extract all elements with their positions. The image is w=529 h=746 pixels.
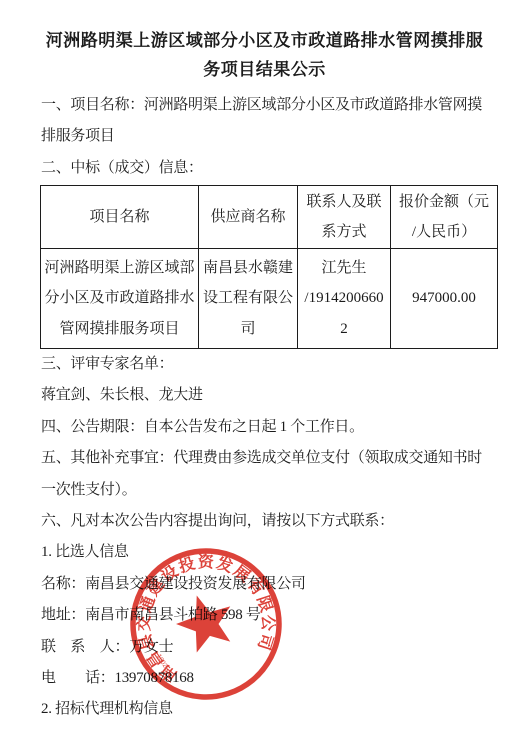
header-project-name: 项目名称 — [41, 186, 199, 249]
doc-line: 排服务项目 — [41, 121, 503, 152]
doc-line: 2. 招标代理机构信息 — [41, 694, 503, 725]
doc-line: 1. 比选人信息 — [41, 537, 503, 568]
header-supplier-name: 供应商名称 — [199, 186, 298, 249]
doc-line: 一、项目名称：河洲路明渠上游区域部分小区及市政道路排水管网摸 — [41, 90, 503, 121]
title-line-2: 务项目结果公示 — [0, 55, 529, 84]
section-project-name: 一、项目名称：河洲路明渠上游区域部分小区及市政道路排水管网摸 排服务项目 二、中… — [41, 90, 503, 184]
header-contact: 联系人及联 系方式 — [298, 186, 391, 249]
award-info-table: 项目名称 供应商名称 联系人及联 系方式 报价金额（元 /人民币） 河洲路明渠上… — [40, 185, 498, 349]
doc-line: 五、其他补充事宜：代理费由参选成交单位支付（领取成交通知书时 — [41, 443, 503, 474]
table-row: 河洲路明渠上游区域部 分小区及市政道路排水 管网摸排服务项目 南昌县水赣建 设工… — [41, 249, 498, 349]
cell-contact: 江先生 /1914200660 2 — [298, 249, 391, 349]
title-line-1: 河洲路明渠上游区域部分小区及市政道路排水管网摸排服 — [0, 26, 529, 55]
doc-line: 一次性支付）。 — [41, 475, 503, 506]
doc-line: 三、评审专家名单： — [41, 349, 503, 380]
doc-line: 四、公告期限：自本公告发布之日起 1 个工作日。 — [41, 412, 503, 443]
doc-line: 二、中标（成交）信息： — [41, 153, 503, 184]
cell-quote-amount: 947000.00 — [391, 249, 498, 349]
doc-line: 六、凡对本次公告内容提出询问，请按以下方式联系： — [41, 506, 503, 537]
sections-after-table: 三、评审专家名单： 蒋宜剑、朱长根、龙大进 四、公告期限：自本公告发布之日起 1… — [41, 349, 503, 726]
cell-supplier-name: 南昌县水赣建 设工程有限公 司 — [199, 249, 298, 349]
doc-line: 电 话：13970878168 — [41, 663, 503, 694]
doc-line: 联 系 人：万女士 — [41, 632, 503, 663]
announcement-page: 河洲路明渠上游区域部分小区及市政道路排水管网摸排服 务项目结果公示 一、项目名称… — [0, 0, 529, 746]
table-header-row: 项目名称 供应商名称 联系人及联 系方式 报价金额（元 /人民币） — [41, 186, 498, 249]
doc-line: 地址：南昌市南昌县斗柏路 598 号 — [41, 600, 503, 631]
cell-project-name: 河洲路明渠上游区域部 分小区及市政道路排水 管网摸排服务项目 — [41, 249, 199, 349]
header-quote-amount: 报价金额（元 /人民币） — [391, 186, 498, 249]
doc-line: 蒋宜剑、朱长根、龙大进 — [41, 380, 503, 411]
doc-line: 名称：南昌县交通建设投资发展有限公司 — [41, 569, 503, 600]
page-title: 河洲路明渠上游区域部分小区及市政道路排水管网摸排服 务项目结果公示 — [0, 26, 529, 84]
